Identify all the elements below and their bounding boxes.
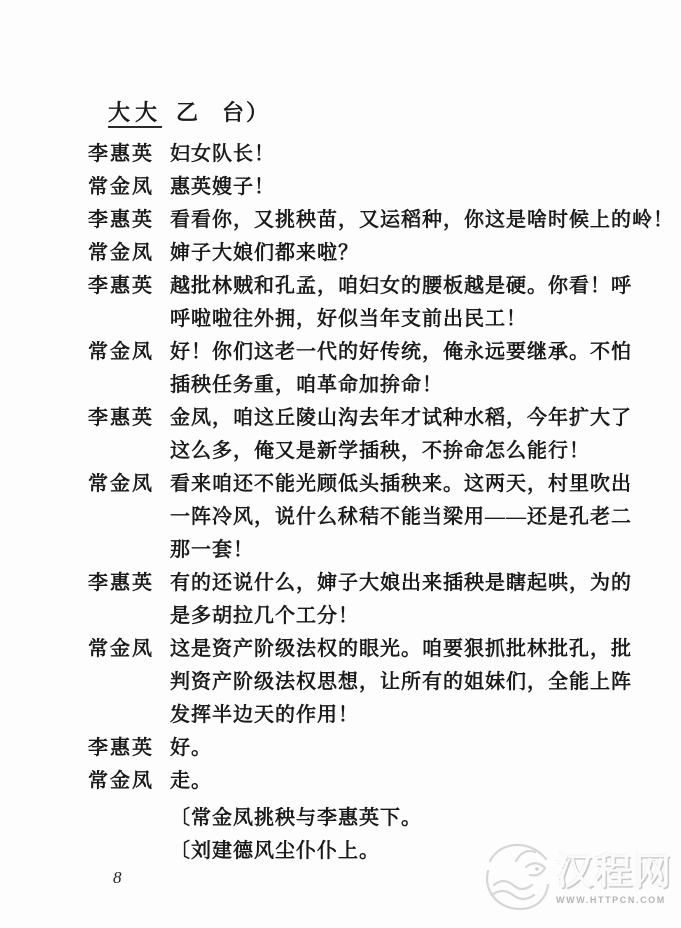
title-part-3: 台） [222,100,270,125]
dialogue-line: 好。 [170,732,632,765]
script-text-block: 大大乙台） 李惠英 妇女队长！ 常金凤 惠英嫂子！ 李惠英 看看你，又挑秧苗，又… [88,96,636,868]
dialogue-line: 是多胡拉几个工分！ [170,600,632,633]
watermark-text-block: 汉程网 WWW.HTTPCN.COM [556,853,673,905]
dialogue: 婶子大娘们都来啦？ [170,237,632,270]
watermark: 汉程网 WWW.HTTPCN.COM [482,835,673,922]
dialogue-line: 看来咱还不能光顾低头插秧来。这两天，村里吹出 [170,468,632,501]
dialogue-line: 婶子大娘们都来啦？ [170,237,632,270]
proper-name-underlined: 大大 [108,100,162,128]
speaker-name: 李惠英 [88,270,154,303]
speech-row: 常金凤 好！你们这老一代的好传统，俺永远要继承。不怕 插秧任务重，咱革命加拚命！ [88,336,636,402]
speaker-name: 常金凤 [88,633,154,666]
speech-row: 常金凤 惠英嫂子！ [88,171,636,204]
speaker-name: 李惠英 [88,567,154,600]
speaker-name: 常金凤 [88,336,154,369]
speaker-name: 常金凤 [88,171,154,204]
speech-row: 常金凤 婶子大娘们都来啦？ [88,237,636,270]
speech-row: 常金凤 走。 [88,765,636,798]
dialogue-line: 一阵冷风，说什么秫秸不能当梁用——还是孔老二 [170,501,632,534]
watermark-site-name: 汉程网 [556,853,673,890]
speech-row: 常金凤 这是资产阶级法权的眼光。咱要狠抓批林批孔，批 判资产阶级法权思想，让所有… [88,633,636,732]
title-part-2: 乙 [176,100,200,125]
speaker-name: 常金凤 [88,468,154,501]
speaker-name: 李惠英 [88,732,154,765]
dialogue: 看看你，又挑秧苗，又运稻种，你这是啥时候上的岭！ [170,204,632,237]
page-number: 8 [113,868,122,888]
dialogue-line: 插秧任务重，咱革命加拚命！ [170,369,632,402]
speech-row: 李惠英 妇女队长！ [88,138,636,171]
dialogue: 这是资产阶级法权的眼光。咱要狠抓批林批孔，批 判资产阶级法权思想，让所有的姐妹们… [170,633,632,732]
dialogue: 有的还说什么，婶子大娘出来插秧是瞎起哄，为的 是多胡拉几个工分！ [170,567,632,633]
dialogue: 看来咱还不能光顾低头插秧来。这两天，村里吹出 一阵冷风，说什么秫秸不能当梁用——… [170,468,632,567]
dialogue: 好。 [170,732,632,765]
speaker-name: 常金凤 [88,765,154,798]
speech-row: 李惠英 金凤，咱这丘陵山沟去年才试种水稻，今年扩大了 这么多，俺又是新学插秧，不… [88,402,636,468]
watermark-url: WWW.HTTPCN.COM [556,895,666,905]
dragon-wave-logo-icon [482,835,552,922]
speaker-name: 李惠英 [88,402,154,435]
dialogue-line: 那一套！ [170,534,632,567]
dialogue-line: 这是资产阶级法权的眼光。咱要狠抓批林批孔，批 [170,633,632,666]
dialogue: 妇女队长！ [170,138,632,171]
dialogue-line: 惠英嫂子！ [170,171,632,204]
dialogue-line: 判资产阶级法权思想，让所有的姐妹们，全能上阵 [170,666,632,699]
speech-row: 李惠英 好。 [88,732,636,765]
dialogue-line: 有的还说什么，婶子大娘出来插秧是瞎起哄，为的 [170,567,632,600]
dialogue-line: 这么多，俺又是新学插秧，不拚命怎么能行！ [170,435,632,468]
scanned-script-page: 大大乙台） 李惠英 妇女队长！ 常金凤 惠英嫂子！ 李惠英 看看你，又挑秧苗，又… [0,0,681,928]
speech-row: 李惠英 看看你，又挑秧苗，又运稻种，你这是啥时候上的岭！ [88,204,636,237]
dialogue-line: 看看你，又挑秧苗，又运稻种，你这是啥时候上的岭！ [170,204,632,237]
dialogue-line: 妇女队长！ [170,138,632,171]
dialogue: 金凤，咱这丘陵山沟去年才试种水稻，今年扩大了 这么多，俺又是新学插秧，不拚命怎么… [170,402,632,468]
stage-direction-line: 〔常金凤挑秧与李惠英下。 [170,802,636,835]
dialogue-line: 金凤，咱这丘陵山沟去年才试种水稻，今年扩大了 [170,402,632,435]
speaker-name: 常金凤 [88,237,154,270]
dialogue: 好！你们这老一代的好传统，俺永远要继承。不怕 插秧任务重，咱革命加拚命！ [170,336,632,402]
speaker-name: 李惠英 [88,204,154,237]
dialogue: 越批林贼和孔孟，咱妇女的腰板越是硬。你看！呼 呼啦啦往外拥，好似当年支前出民工！ [170,270,632,336]
dialogue-line: 走。 [170,765,632,798]
speaker-name: 李惠英 [88,138,154,171]
dialogue: 走。 [170,765,632,798]
stage-direction-tail: 大大乙台） [108,96,636,126]
dialogue-line: 越批林贼和孔孟，咱妇女的腰板越是硬。你看！呼 [170,270,632,303]
dialogue-line: 呼啦啦往外拥，好似当年支前出民工！ [170,303,632,336]
dialogue-line: 发挥半边天的作用！ [170,699,632,732]
dialogue-line: 好！你们这老一代的好传统，俺永远要继承。不怕 [170,336,632,369]
dialogue: 惠英嫂子！ [170,171,632,204]
speech-row: 李惠英 有的还说什么，婶子大娘出来插秧是瞎起哄，为的 是多胡拉几个工分！ [88,567,636,633]
speech-row: 李惠英 越批林贼和孔孟，咱妇女的腰板越是硬。你看！呼 呼啦啦往外拥，好似当年支前… [88,270,636,336]
speech-row: 常金凤 看来咱还不能光顾低头插秧来。这两天，村里吹出 一阵冷风，说什么秫秸不能当… [88,468,636,567]
